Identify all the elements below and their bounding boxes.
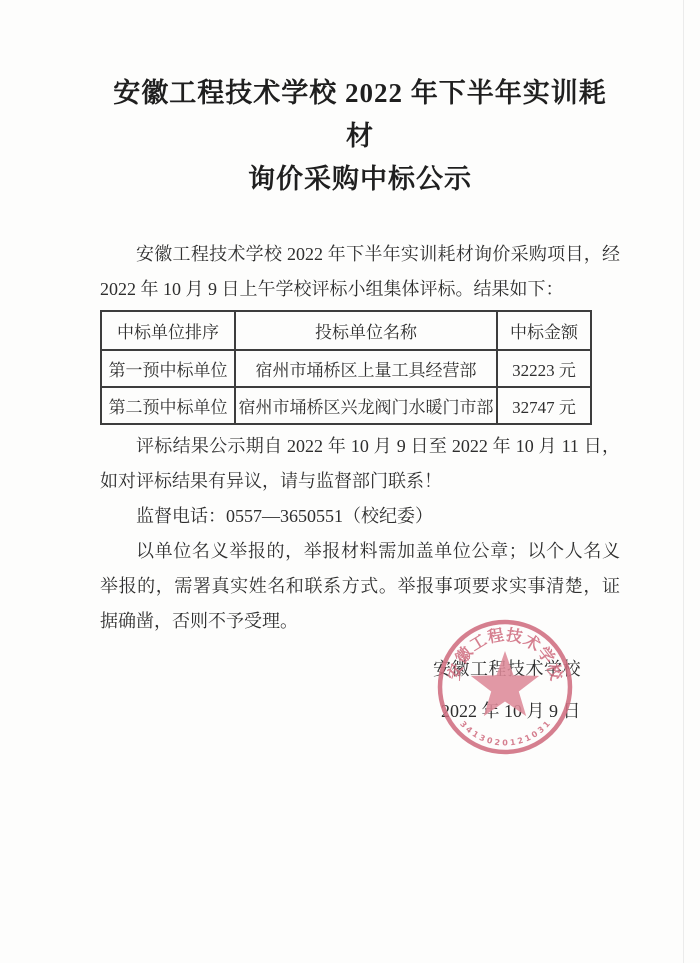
cell-bidder: 宿州市埇桥区兴龙阀门水暖门市部: [235, 387, 497, 424]
seal-serial-digit: 1: [523, 733, 532, 744]
reporting-rules-paragraph: 以单位名义举报的，举报材料需加盖单位公章；以个人名义举报的，需署真实姓名和联系方…: [100, 534, 620, 639]
seal-serial-digit: 3: [478, 733, 487, 743]
seal-serial-digit: 0: [530, 729, 540, 740]
document-content: 安徽工程技术学校 2022 年下半年实训耗材询价采购中标公示 安徽工程技术学校 …: [100, 72, 620, 639]
seal-serial-digit: 2: [494, 738, 501, 748]
seal-serial-digit: 1: [509, 738, 516, 748]
seal-ring: [440, 622, 570, 752]
seal-serial-digit: 0: [502, 739, 508, 748]
signature-date: 2022 年 10 月 9 日: [441, 697, 581, 723]
intro-paragraph: 安徽工程技术学校 2022 年下半年实训耗材询价采购项目，经 2022 年 10…: [100, 237, 620, 307]
publicity-period-paragraph: 评标结果公示期自 2022 年 10 月 9 日至 2022 年 10 月 11…: [100, 429, 620, 499]
cell-bidder: 宿州市埇桥区上量工具经营部: [235, 350, 497, 387]
cell-rank: 第一预中标单位: [101, 350, 235, 387]
document-title-line1: 安徽工程技术学校 2022 年下半年实训耗材: [113, 78, 607, 151]
column-header-amount: 中标金额: [497, 311, 591, 350]
document-page: 安徽工程技术学校 2022 年下半年实训耗材询价采购中标公示 安徽工程技术学校 …: [0, 0, 700, 963]
document-title-line2: 询价采购中标公示: [248, 164, 472, 194]
signature-org-name: 安徽工程技术学校: [433, 655, 581, 681]
cell-amount: 32747 元: [497, 387, 591, 424]
column-header-rank: 中标单位排序: [101, 311, 235, 350]
bid-results-table: 中标单位排序 投标单位名称 中标金额 第一预中标单位 宿州市埇桥区上量工具经营部…: [100, 310, 592, 425]
seal-serial-digit: 0: [486, 736, 494, 746]
cell-amount: 32223 元: [497, 350, 591, 387]
seal-serial-digit: 1: [471, 729, 481, 740]
table-row: 第二预中标单位 宿州市埇桥区兴龙阀门水暖门市部 32747 元: [101, 387, 591, 424]
cell-rank: 第二预中标单位: [101, 387, 235, 424]
column-header-bidder: 投标单位名称: [235, 311, 497, 350]
scan-artifact-line: [683, 0, 684, 963]
seal-serial-digit: 2: [516, 736, 524, 746]
table-header-row: 中标单位排序 投标单位名称 中标金额: [101, 311, 591, 350]
table-row: 第一预中标单位 宿州市埇桥区上量工具经营部 32223 元: [101, 350, 591, 387]
seal-serial-digit: 4: [464, 725, 474, 736]
supervision-phone-paragraph: 监督电话：0557—3650551（校纪委）: [100, 499, 620, 534]
document-title: 安徽工程技术学校 2022 年下半年实训耗材询价采购中标公示: [100, 72, 620, 201]
seal-serial-digit: 3: [536, 725, 546, 735]
